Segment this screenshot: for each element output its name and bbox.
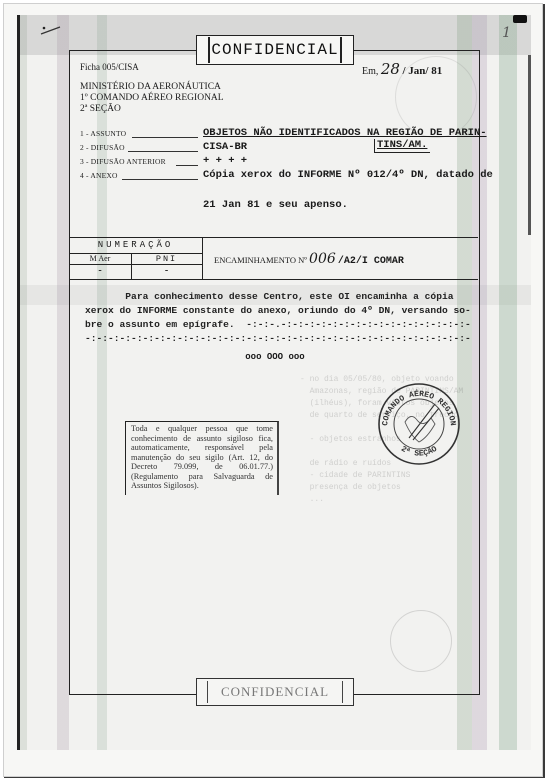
- date-prefix: Em,: [362, 66, 378, 77]
- numeracao-table: NUMERAÇÃO M Aer PNI - - ENCAMINHAMENTO N…: [69, 237, 478, 280]
- numeracao-col-pni: PNI: [131, 254, 202, 264]
- field-label: 2 - DIFUSÃO: [80, 143, 125, 152]
- official-seal-icon: I COMANDO AÉREO REGIONAL 2ª SEÇÃO: [377, 382, 461, 466]
- numeracao-col-maer: M Aer: [69, 254, 131, 263]
- org-line-section: 2ª Seção: [80, 104, 224, 115]
- header-fields: 1 - ASSUNTO OBJETOS NÃO IDENTIFICADOS NA…: [80, 127, 480, 183]
- field-leader-line: [132, 137, 198, 138]
- numeracao-val-maer: -: [69, 265, 131, 276]
- classification-stamp-bottom: CONFIDENCIAL: [196, 678, 354, 706]
- classification-stamp-top: CONFIDENCIAL: [196, 35, 354, 65]
- encaminhamento-label: ENCAMINHAMENTO Nº: [214, 255, 307, 265]
- field-value: + + + +: [203, 155, 247, 167]
- classification-bottom-text: CONFIDENCIAL: [207, 681, 343, 703]
- field-label: 3 - DIFUSÃO ANTERIOR: [80, 157, 166, 166]
- seal-text-bottom: 2ª SEÇÃO: [399, 445, 439, 459]
- issuing-organization: Ministério da Aeronáutica 1º Comando Aér…: [80, 82, 224, 115]
- encaminhamento: ENCAMINHAMENTO Nº 006 /A2/I COMAR: [214, 251, 404, 267]
- ficha-number: Ficha 005/CISA: [80, 62, 139, 72]
- org-line-ministry: Ministério da Aeronáutica: [80, 82, 224, 93]
- svg-text:2ª SEÇÃO: 2ª SEÇÃO: [399, 445, 439, 459]
- document-date: Em, 28 / Jan/ 81: [362, 60, 442, 78]
- numeracao-header: NUMERAÇÃO: [69, 240, 202, 250]
- table-rule: [202, 238, 203, 279]
- numeracao-val-pni: -: [131, 265, 202, 276]
- org-line-command: 1º Comando Aéreo Regional: [80, 93, 224, 104]
- pen-mark-icon: [40, 25, 62, 35]
- body-text: Para conhecimento desse Centro, este OI …: [85, 290, 475, 346]
- body-line: xerox do INFORME constante do anexo, ori…: [85, 304, 475, 318]
- field-label: 4 - ANEXO: [80, 171, 118, 180]
- field-anexo-continuation: 21 Jan 81 e seu apenso.: [203, 199, 348, 211]
- field-value: OBJETOS NÃO IDENTIFICADOS NA REGIÃO DE P…: [203, 127, 487, 139]
- ghost-seal-bottom: [390, 610, 452, 672]
- field-leader-line: [122, 179, 198, 180]
- date-month-year: / Jan/ 81: [402, 65, 442, 77]
- scan-edge-left: [17, 15, 20, 750]
- field-difusao-anterior: 3 - DIFUSÃO ANTERIOR + + + +: [80, 155, 480, 169]
- field-assunto-continuation: TINS/AM.: [374, 139, 430, 153]
- field-leader-line: [128, 151, 198, 152]
- corner-blot: [513, 15, 527, 23]
- body-line: bre o assunto em epígrafe. -:-:-.-:-:-:-…: [85, 318, 475, 332]
- scan-edge-right: [528, 55, 531, 235]
- secrecy-notice-stamp: Toda e qualquer pessoa que tome conhecim…: [125, 421, 279, 495]
- body-line: Para conhecimento desse Centro, este OI …: [85, 290, 475, 304]
- handwritten-page-number: 1: [502, 25, 511, 41]
- encaminhamento-number-handwritten: 006: [309, 251, 336, 267]
- encaminhamento-suffix: /A2/I COMAR: [338, 256, 404, 267]
- field-label: 1 - ASSUNTO: [80, 129, 126, 138]
- classification-top-text: CONFIDENCIAL: [208, 37, 342, 63]
- field-value: CISA-BR: [203, 141, 247, 153]
- date-day-handwritten: 28: [381, 60, 400, 78]
- field-value: Cópia xerox do INFORME Nº 012/4º DN, dat…: [203, 169, 493, 181]
- field-anexo: 4 - ANEXO Cópia xerox do INFORME Nº 012/…: [80, 169, 480, 183]
- end-mark: ooo OOO ooo: [0, 352, 550, 362]
- field-leader-line: [176, 165, 198, 166]
- body-line: -:-:-:-:-:-:-:-:-:-:-:-:-:-:-:-:-:-:-:-:…: [85, 332, 475, 346]
